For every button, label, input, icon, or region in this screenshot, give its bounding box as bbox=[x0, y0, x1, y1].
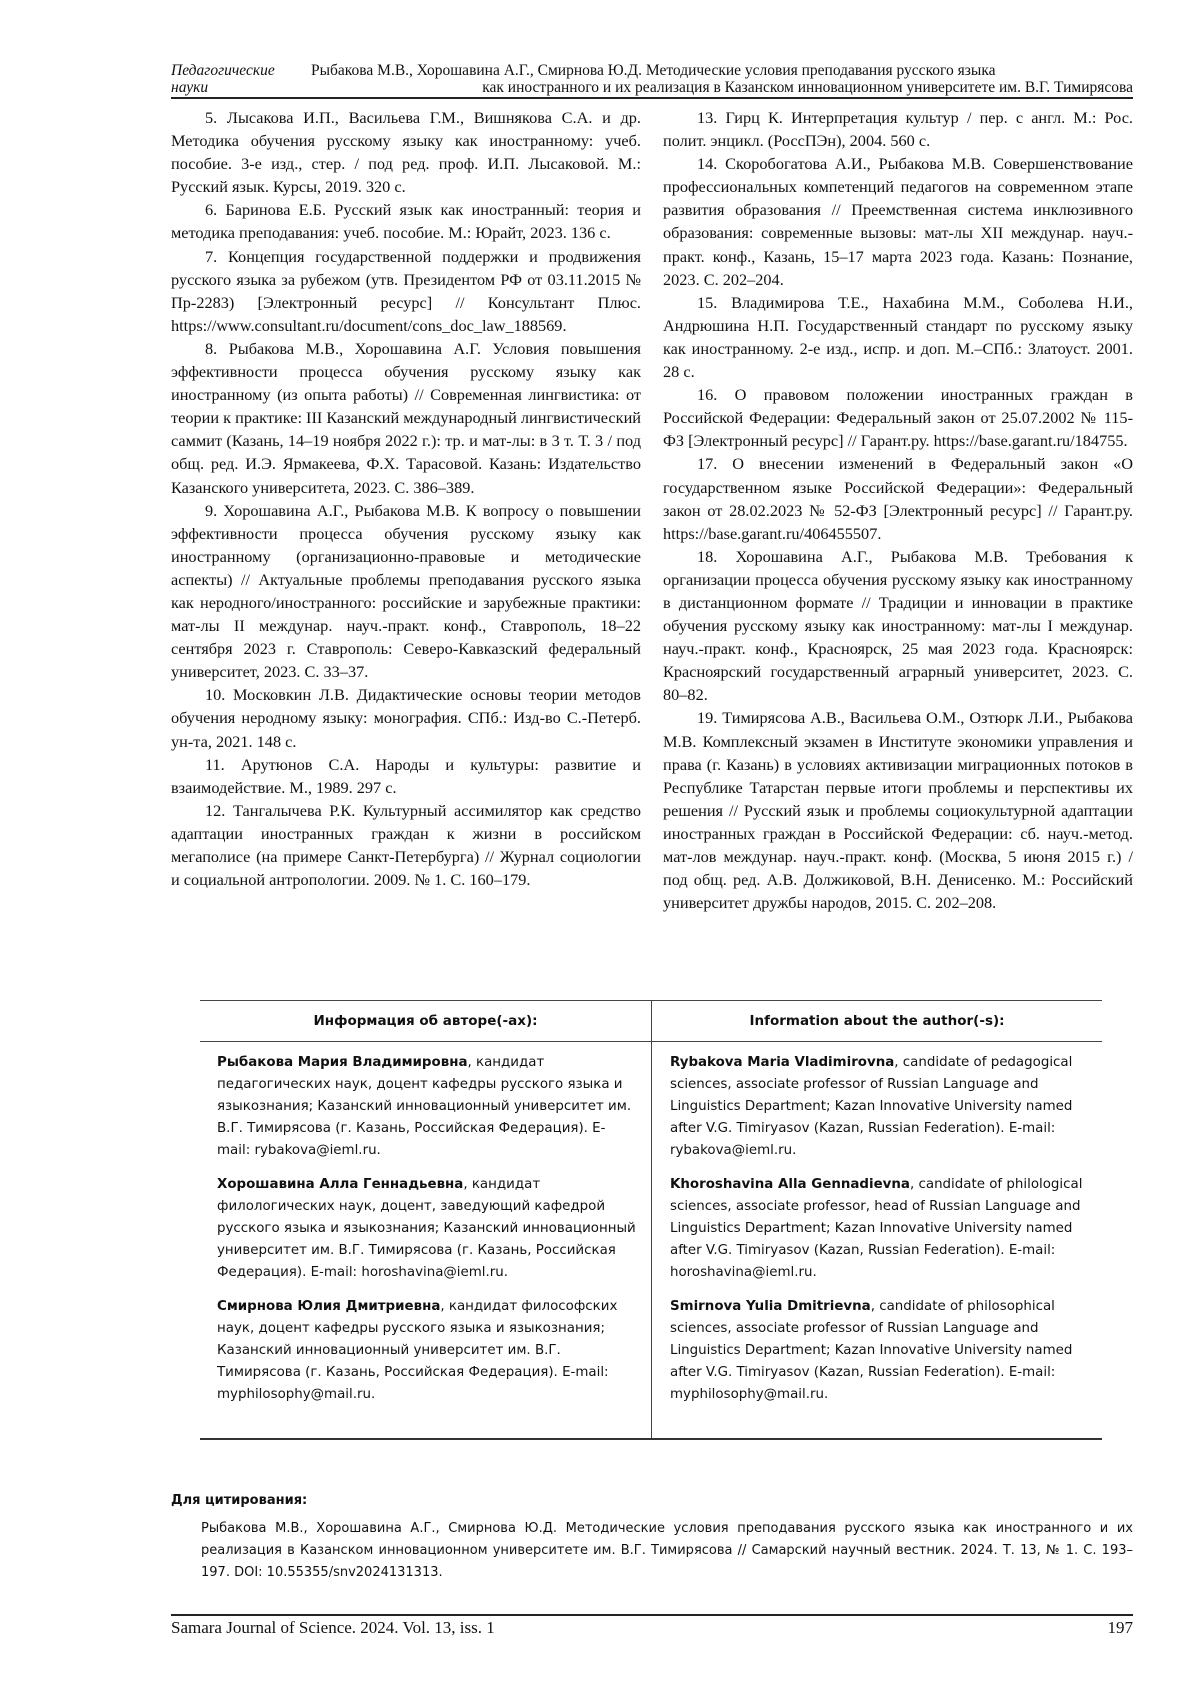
reference-item: 5. Лысакова И.П., Васильева Г.М., Вишняк… bbox=[171, 106, 641, 198]
reference-item: 19. Тимирясова А.В., Васильева О.М., Озт… bbox=[663, 706, 1133, 914]
section-line-1: Педагогические bbox=[171, 62, 301, 79]
author-name: Rybakova Maria Vladimirovna bbox=[670, 1055, 894, 1070]
citation-label: Для цитирования: bbox=[171, 1490, 1133, 1512]
author-name: Смирнова Юлия Дмитриевна bbox=[217, 1299, 440, 1314]
author-details: , кандидат философских наук, доцент кафе… bbox=[217, 1299, 617, 1402]
author-details: , кандидат филологических наук, доцент, … bbox=[217, 1177, 636, 1280]
author-details: , candidate of pedagogical sciences, ass… bbox=[670, 1055, 1072, 1158]
header-title-line-1: Рыбакова М.В., Хорошавина А.Г., Смирнова… bbox=[311, 62, 1133, 79]
reference-item: 16. О правовом положении иностранных гра… bbox=[663, 383, 1133, 452]
reference-item: 12. Тангалычева Р.К. Культурный ассимиля… bbox=[171, 799, 641, 891]
reference-item: 8. Рыбакова М.В., Хорошавина А.Г. Услови… bbox=[171, 337, 641, 499]
journal-issue: Samara Journal of Science. 2024. Vol. 13… bbox=[171, 1616, 495, 1640]
reference-item: 10. Московкин Л.В. Дидактические основы … bbox=[171, 683, 641, 752]
references-section: 5. Лысакова И.П., Васильева Г.М., Вишняк… bbox=[171, 106, 1133, 914]
author-info-en: Information about the author(-s): Rybako… bbox=[651, 1001, 1102, 1438]
journal-page: Педагогические науки Рыбакова М.В., Хоро… bbox=[0, 0, 1200, 1697]
author-entry: Хорошавина Алла Геннадьевна, кандидат фи… bbox=[217, 1174, 637, 1284]
author-name: Хорошавина Алла Геннадьевна bbox=[217, 1177, 463, 1192]
reference-item: 13. Гирц К. Интерпретация культур / пер.… bbox=[663, 106, 1133, 152]
references-right-column: 13. Гирц К. Интерпретация культур / пер.… bbox=[663, 106, 1133, 914]
reference-item: 7. Концепция государственной поддержки и… bbox=[171, 245, 641, 337]
section-line-2: науки bbox=[171, 79, 301, 96]
article-title-header: Рыбакова М.В., Хорошавина А.Г., Смирнова… bbox=[311, 62, 1133, 96]
author-info-en-body: Rybakova Maria Vladimirovna, candidate o… bbox=[652, 1042, 1102, 1438]
author-info-table: Информация об авторе(-ах): Рыбакова Мари… bbox=[200, 1000, 1102, 1440]
author-entry: Смирнова Юлия Дмитриевна, кандидат филос… bbox=[217, 1296, 637, 1406]
author-entry: Рыбакова Мария Владимировна, кандидат пе… bbox=[217, 1052, 637, 1162]
author-details: , кандидат педагогических наук, доцент к… bbox=[217, 1055, 631, 1158]
author-name: Smirnova Yulia Dmitrievna bbox=[670, 1299, 871, 1314]
author-entry: Khoroshavina Alla Gennadievna, candidate… bbox=[670, 1174, 1088, 1284]
author-info-ru: Информация об авторе(-ах): Рыбакова Мари… bbox=[200, 1001, 651, 1438]
page-number: 197 bbox=[1108, 1616, 1134, 1640]
reference-item: 18. Хорошавина А.Г., Рыбакова М.В. Требо… bbox=[663, 545, 1133, 707]
page-footer: Samara Journal of Science. 2024. Vol. 13… bbox=[171, 1614, 1133, 1640]
author-entry: Rybakova Maria Vladimirovna, candidate o… bbox=[670, 1052, 1088, 1162]
author-details: , candidate of philological sciences, as… bbox=[670, 1177, 1082, 1280]
references-left-column: 5. Лысакова И.П., Васильева Г.М., Вишняк… bbox=[171, 106, 641, 914]
citation-text: Рыбакова М.В., Хорошавина А.Г., Смирнова… bbox=[201, 1518, 1133, 1584]
author-info-en-header: Information about the author(-s): bbox=[652, 1001, 1102, 1042]
reference-item: 9. Хорошавина А.Г., Рыбакова М.В. К вопр… bbox=[171, 499, 641, 684]
author-entry: Smirnova Yulia Dmitrievna, candidate of … bbox=[670, 1296, 1088, 1406]
reference-item: 6. Баринова Е.Б. Русский язык как иностр… bbox=[171, 198, 641, 244]
reference-item: 17. О внесении изменений в Федеральный з… bbox=[663, 452, 1133, 544]
author-info-ru-header: Информация об авторе(-ах): bbox=[200, 1001, 651, 1042]
reference-item: 15. Владимирова Т.Е., Нахабина М.М., Соб… bbox=[663, 291, 1133, 383]
author-details: , candidate of philosophical sciences, a… bbox=[670, 1299, 1072, 1402]
running-head: Педагогические науки Рыбакова М.В., Хоро… bbox=[171, 62, 1133, 99]
author-name: Khoroshavina Alla Gennadievna bbox=[670, 1177, 910, 1192]
header-title-line-2: как иностранного и их реализация в Казан… bbox=[311, 79, 1133, 96]
reference-item: 11. Арутюнов С.А. Народы и культуры: раз… bbox=[171, 753, 641, 799]
citation-block: Для цитирования: Рыбакова М.В., Хорошави… bbox=[171, 1490, 1133, 1584]
reference-item: 14. Скоробогатова А.И., Рыбакова М.В. Со… bbox=[663, 152, 1133, 291]
section-name: Педагогические науки bbox=[171, 62, 301, 96]
author-name: Рыбакова Мария Владимировна bbox=[217, 1055, 467, 1070]
author-info-ru-body: Рыбакова Мария Владимировна, кандидат пе… bbox=[200, 1042, 651, 1438]
